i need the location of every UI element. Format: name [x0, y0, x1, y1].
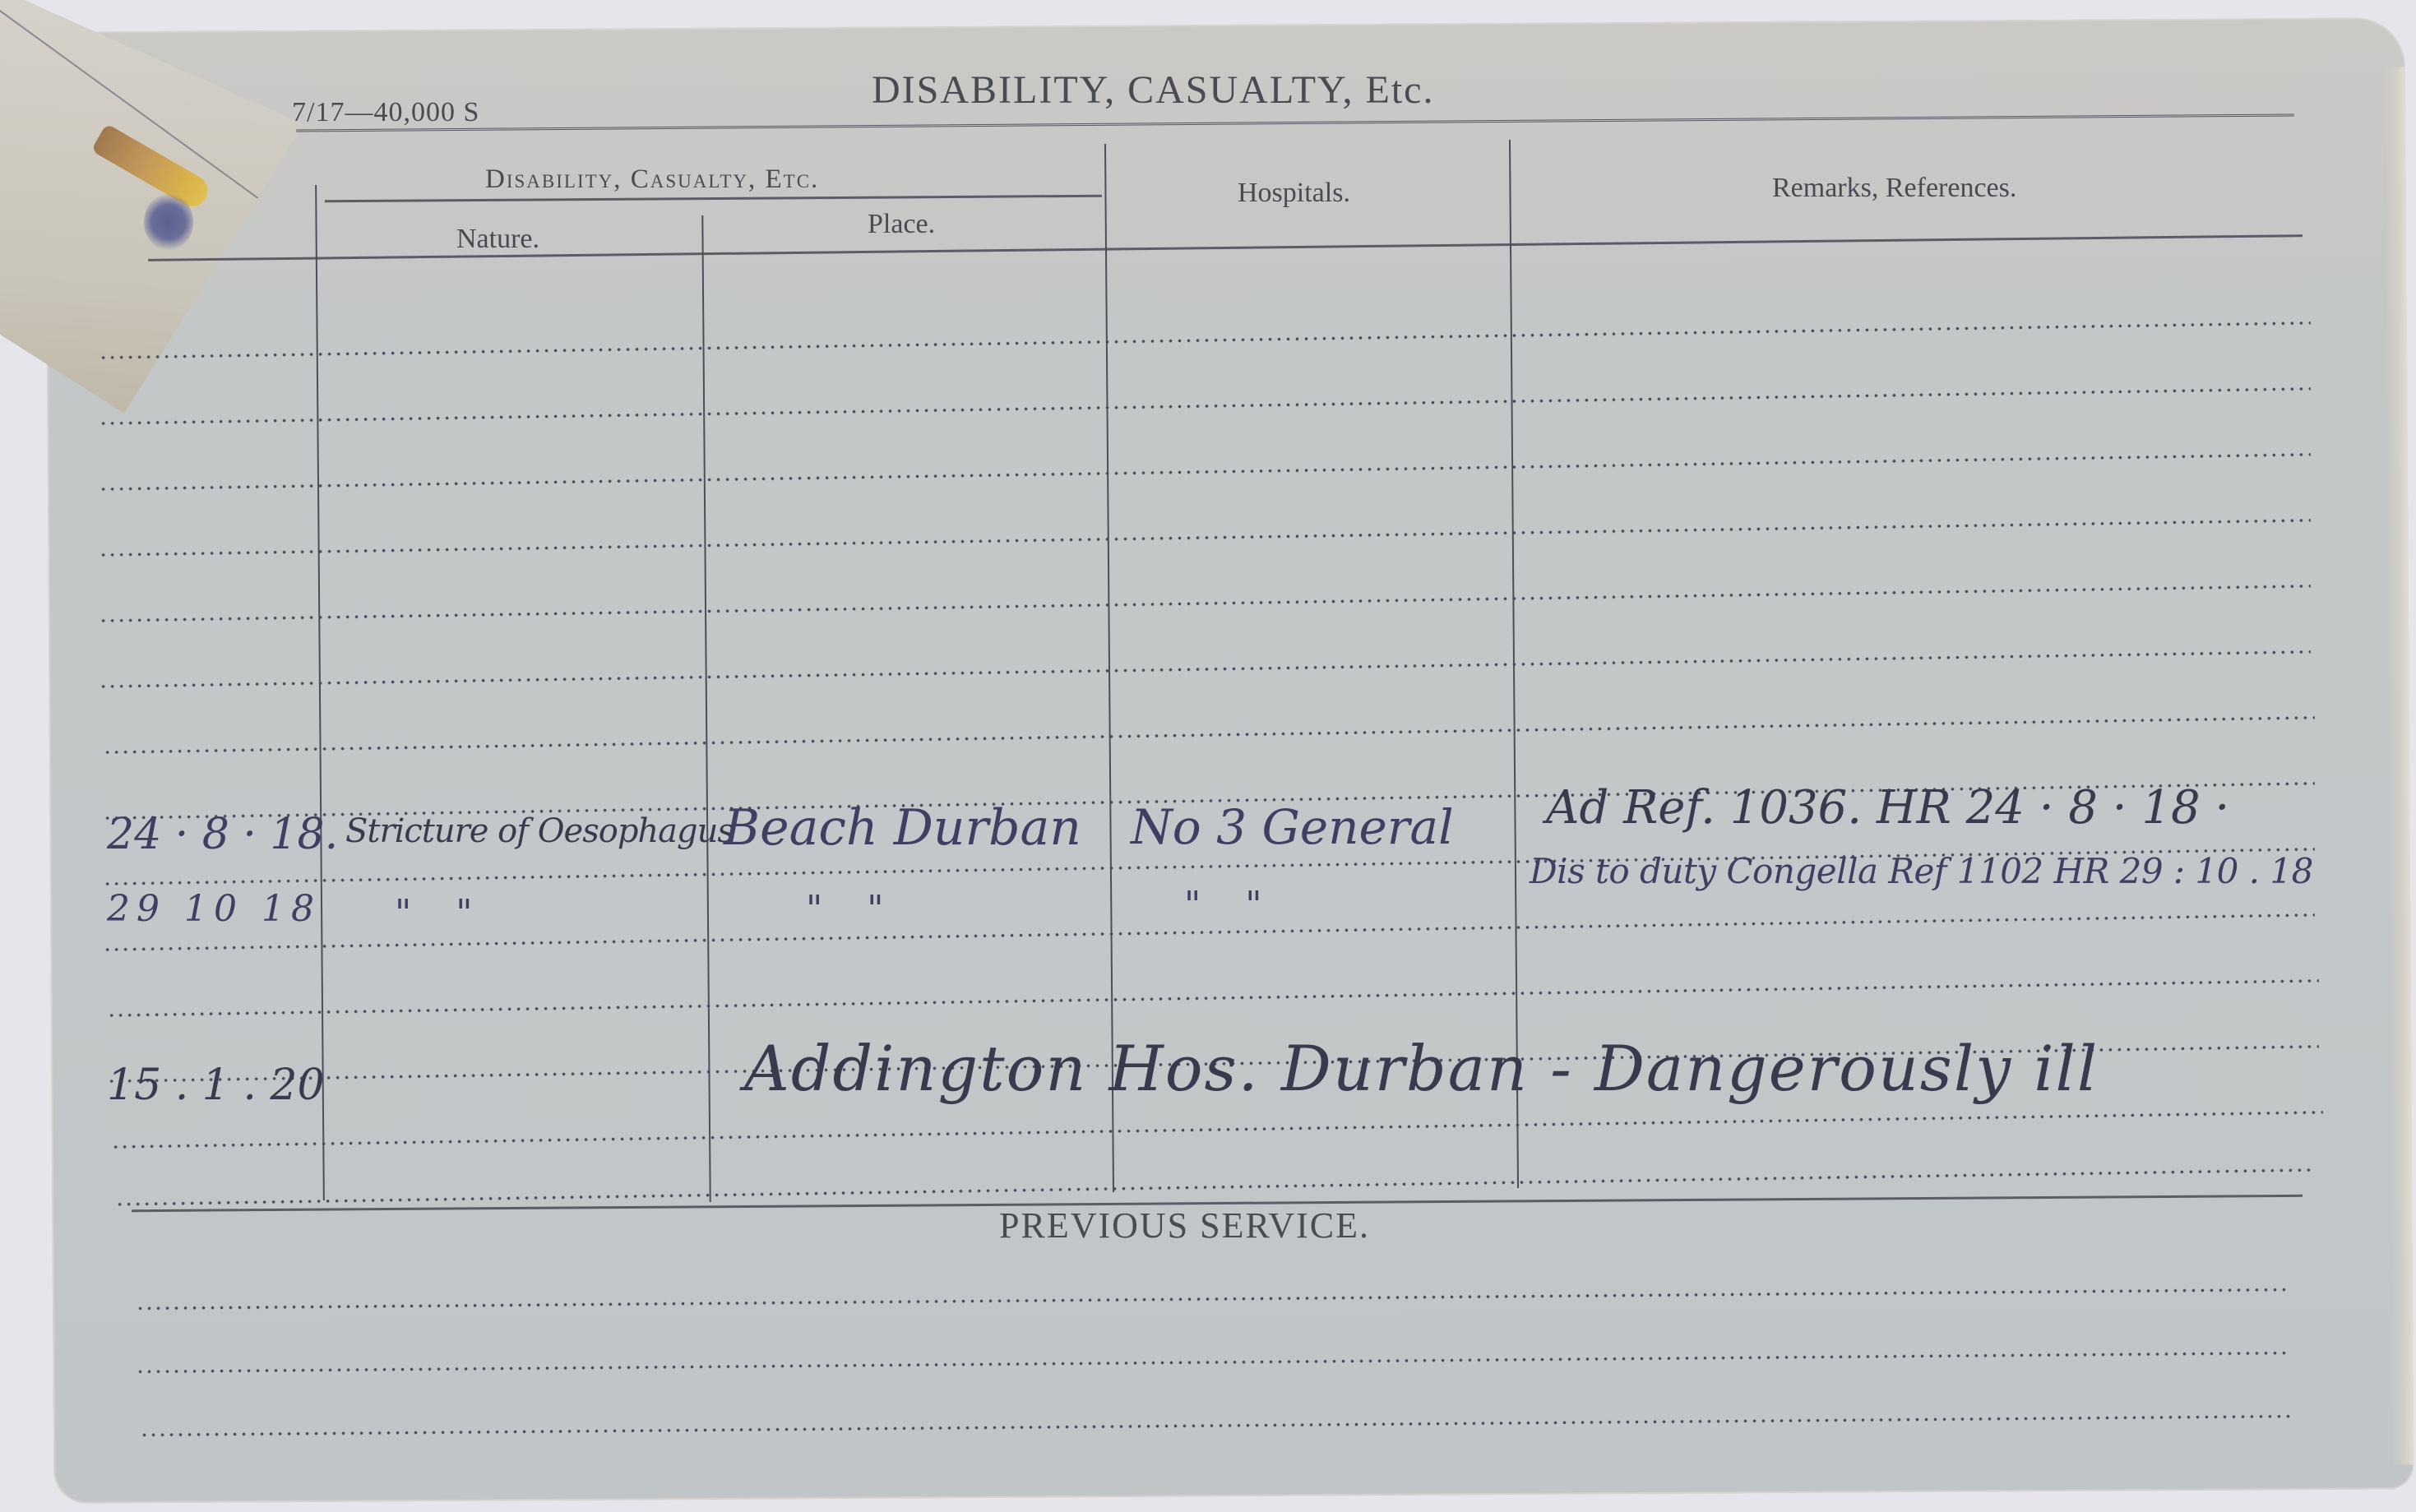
row-3-spanning-note: Addington Hos. Durban - Dangerously ill: [744, 1032, 2099, 1105]
column-header-hospitals: Hospitals.: [1238, 178, 1350, 209]
row-1-date: 24 · 8 · 18.: [107, 810, 338, 859]
previous-service-title: PREVIOUS SERVICE.: [999, 1205, 1370, 1246]
row-1-remarks: Ad Ref. 1036. HR 24 · 8 · 18 ·: [1546, 781, 2229, 835]
form-number: 7/17—40,000 S: [292, 97, 479, 128]
card-title: DISABILITY, CASUALTY, Etc.: [872, 67, 1434, 113]
row-2-hospitals: " ": [1184, 884, 1278, 926]
row-1-hospitals: No 3 General: [1131, 799, 1454, 855]
row-1-place: Beach Durban: [724, 799, 1081, 857]
row-3-date: 15 . 1 . 20: [107, 1061, 325, 1110]
row-2-nature: " ": [395, 892, 488, 934]
column-header-nature: Nature.: [456, 224, 539, 255]
card-edge: [2384, 67, 2414, 1464]
ink-stain: [144, 193, 193, 251]
row-1-nature: Stricture of Oesophagus: [345, 812, 734, 850]
record-card: [45, 17, 2414, 1503]
row-2-remarks: Dis to duty Congella Ref 1102 HR 29 : 10…: [1530, 851, 2313, 891]
column-header-remarks: Remarks, References.: [1772, 173, 2016, 204]
row-2-date: 29 10 18: [107, 888, 321, 930]
group-header: Disability, Casualty, Etc.: [485, 164, 819, 195]
row-2-place: " ": [806, 888, 900, 930]
column-header-place: Place.: [868, 209, 935, 240]
